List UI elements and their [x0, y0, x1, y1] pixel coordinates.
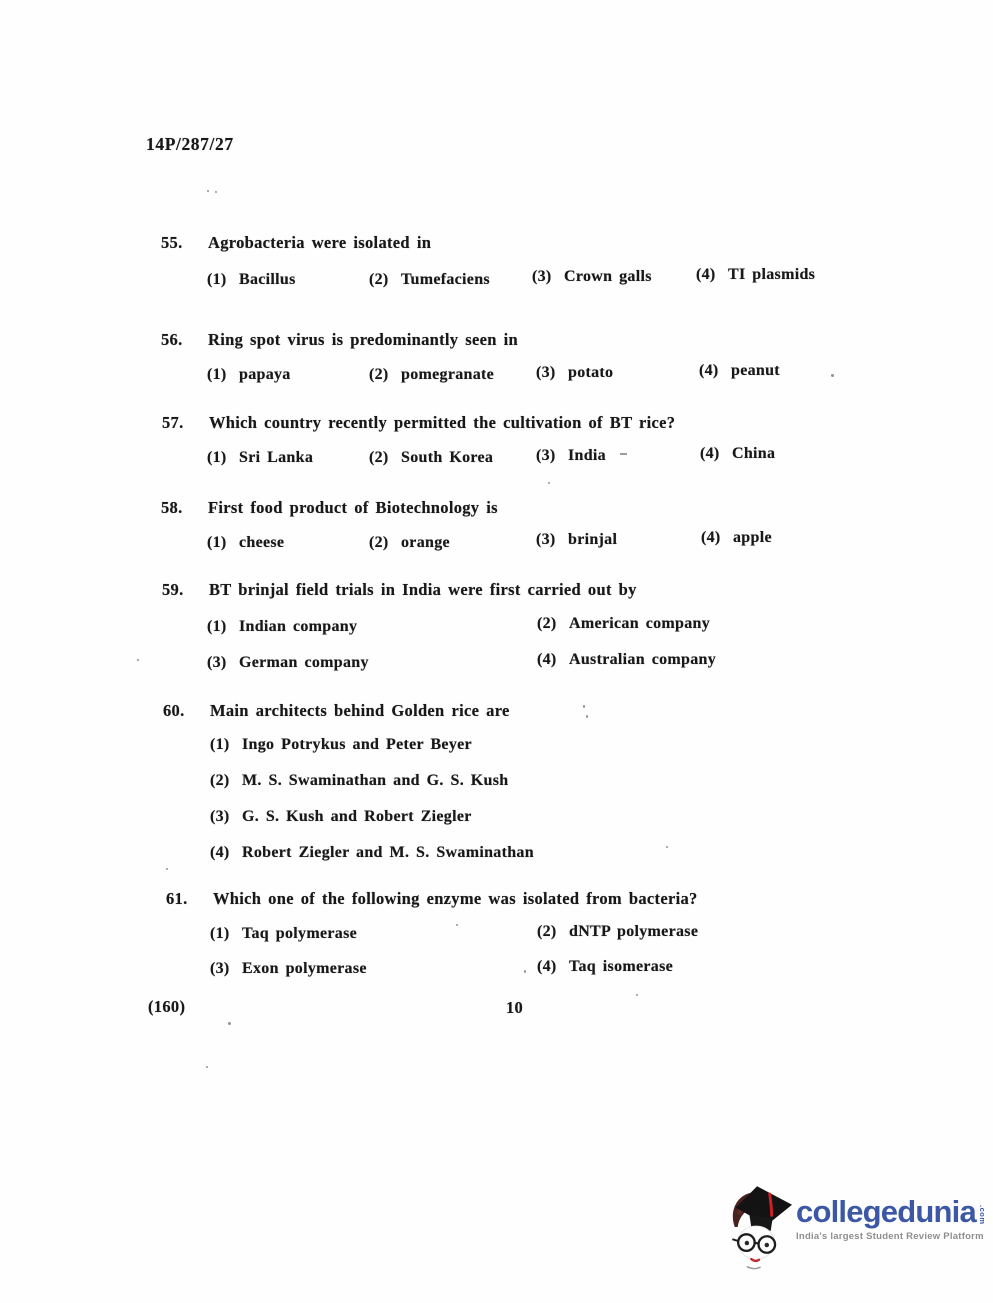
scan-speck [666, 846, 668, 848]
q57-option-4: (4)China [700, 445, 775, 463]
option-label: American company [569, 615, 710, 632]
scan-speck [586, 715, 588, 718]
q56-option-1: (1)papaya [207, 366, 291, 384]
option-number: (3) [536, 531, 568, 549]
q61-option-3: (3)Exon polymerase [210, 960, 367, 978]
q57-option-2: (2)South Korea [369, 449, 493, 467]
q55-option-2: (2)Tumefaciens [369, 271, 490, 289]
option-number: (1) [210, 925, 242, 943]
q61-option-1: (1)Taq polymerase [210, 925, 357, 943]
scan-speck [636, 994, 638, 996]
question-text: Main architects behind Golden rice are [210, 701, 510, 720]
option-label: Australian company [569, 651, 716, 668]
option-label: Robert Ziegler and M. S. Swaminathan [242, 844, 534, 861]
scan-speck [206, 1066, 208, 1068]
q58-option-3: (3)brinjal [536, 531, 617, 549]
collegedunia-brand-suffix: .com [978, 1205, 987, 1225]
question-text: Which one of the following enzyme was is… [213, 889, 698, 908]
option-number: (3) [532, 268, 564, 286]
option-number: (1) [210, 736, 242, 754]
q55-option-3: (3)Crown galls [532, 268, 652, 286]
q56-option-2: (2)pomegranate [369, 366, 494, 384]
option-label: German company [239, 654, 369, 671]
q55-option-1: (1)Bacillus [207, 271, 296, 289]
collegedunia-tagline: India's largest Student Review Platform [796, 1231, 987, 1242]
footer-page-number: 10 [506, 998, 523, 1018]
option-number: (1) [207, 534, 239, 552]
question-number: 59. [162, 580, 209, 600]
q59-option-2: (2)American company [537, 615, 710, 633]
option-number: (2) [210, 772, 242, 790]
scan-speck [548, 482, 550, 484]
question-number: 57. [162, 413, 209, 433]
option-label: apple [733, 529, 772, 546]
scan-speck [620, 453, 627, 455]
question-text: Agrobacteria were isolated in [208, 233, 431, 252]
option-label: Exon polymerase [242, 960, 367, 977]
q60-option-4: (4)Robert Ziegler and M. S. Swaminathan [210, 844, 534, 862]
scan-speck [831, 374, 834, 377]
collegedunia-brand-text: collegedunia [796, 1196, 976, 1227]
option-number: (1) [207, 618, 239, 636]
option-number: (1) [207, 366, 239, 384]
question-text: Which country recently permitted the cul… [209, 413, 675, 432]
option-label: orange [401, 534, 450, 551]
option-label: Tumefaciens [401, 271, 490, 288]
question-text: BT brinjal field trials in India were fi… [209, 580, 637, 599]
q61-option-2: (2)dNTP polymerase [537, 923, 698, 941]
question-58: 58.First food product of Biotechnology i… [161, 498, 498, 518]
q61-option-4: (4)Taq isomerase [537, 958, 673, 976]
option-label: Crown galls [564, 268, 652, 285]
option-label: pomegranate [401, 366, 494, 383]
option-label: Taq polymerase [242, 925, 357, 942]
scan-speck [524, 970, 526, 973]
option-label: G. S. Kush and Robert Ziegler [242, 808, 472, 825]
option-label: India [568, 447, 606, 464]
option-label: dNTP polymerase [569, 923, 698, 940]
option-label: papaya [239, 366, 291, 383]
option-label: Indian company [239, 618, 357, 635]
option-label: Bacillus [239, 271, 296, 288]
q56-option-3: (3)potato [536, 364, 613, 382]
question-57: 57.Which country recently permitted the … [162, 413, 675, 433]
scan-speck [583, 705, 585, 708]
option-label: China [732, 445, 775, 462]
option-number: (4) [696, 266, 728, 284]
option-number: (2) [537, 923, 569, 941]
question-number: 61. [166, 889, 213, 909]
q58-option-2: (2)orange [369, 534, 450, 552]
q59-option-4: (4)Australian company [537, 651, 716, 669]
option-number: (4) [537, 651, 569, 669]
option-label: cheese [239, 534, 284, 551]
option-number: (3) [536, 364, 568, 382]
q57-option-3: (3)India [536, 447, 606, 465]
collegedunia-watermark: collegedunia .com India's largest Studen… [727, 1186, 987, 1270]
option-number: (4) [210, 844, 242, 862]
option-number: (1) [207, 449, 239, 467]
q58-option-1: (1)cheese [207, 534, 284, 552]
q59-option-3: (3)German company [207, 654, 369, 672]
question-55: 55.Agrobacteria were isolated in [161, 233, 431, 253]
option-number: (4) [537, 958, 569, 976]
option-label: South Korea [401, 449, 493, 466]
option-number: (3) [207, 654, 239, 672]
collegedunia-mascot-icon [727, 1186, 793, 1270]
option-number: (2) [369, 534, 401, 552]
q56-option-4: (4)peanut [699, 362, 780, 380]
option-label: potato [568, 364, 613, 381]
question-61: 61.Which one of the following enzyme was… [166, 889, 698, 909]
scan-speck [207, 190, 209, 192]
q55-option-4: (4)TI plasmids [696, 266, 815, 284]
q60-option-1: (1)Ingo Potrykus and Peter Beyer [210, 736, 472, 754]
option-label: Sri Lanka [239, 449, 313, 466]
scan-speck [137, 659, 139, 661]
question-number: 56. [161, 330, 208, 350]
question-59: 59.BT brinjal field trials in India were… [162, 580, 637, 600]
option-number: (3) [536, 447, 568, 465]
option-number: (3) [210, 808, 242, 826]
question-60: 60.Main architects behind Golden rice ar… [163, 701, 510, 721]
question-number: 60. [163, 701, 210, 721]
option-label: TI plasmids [728, 266, 815, 283]
option-number: (4) [700, 445, 732, 463]
option-label: peanut [731, 362, 780, 379]
option-number: (4) [701, 529, 733, 547]
question-number: 58. [161, 498, 208, 518]
scan-speck [456, 924, 458, 926]
option-label: M. S. Swaminathan and G. S. Kush [242, 772, 508, 789]
q59-option-1: (1)Indian company [207, 618, 357, 636]
q58-option-4: (4)apple [701, 529, 772, 547]
option-label: Taq isomerase [569, 958, 673, 975]
option-number: (2) [369, 271, 401, 289]
scan-speck [166, 868, 168, 870]
option-number: (2) [537, 615, 569, 633]
footer-series-code: (160) [148, 997, 185, 1017]
question-text: Ring spot virus is predominantly seen in [208, 330, 518, 349]
option-label: brinjal [568, 531, 617, 548]
q60-option-3: (3)G. S. Kush and Robert Ziegler [210, 808, 472, 826]
question-text: First food product of Biotechnology is [208, 498, 498, 517]
paper-code: 14P/287/27 [146, 134, 234, 155]
q60-option-2: (2)M. S. Swaminathan and G. S. Kush [210, 772, 508, 790]
option-number: (2) [369, 366, 401, 384]
q57-option-1: (1)Sri Lanka [207, 449, 313, 467]
question-number: 55. [161, 233, 208, 253]
option-label: Ingo Potrykus and Peter Beyer [242, 736, 472, 753]
scan-speck [228, 1022, 231, 1025]
option-number: (4) [699, 362, 731, 380]
question-56: 56.Ring spot virus is predominantly seen… [161, 330, 518, 350]
scan-speck [215, 191, 217, 193]
scanned-exam-page: 14P/287/27 55.Agrobacteria were isolated… [0, 0, 993, 1303]
option-number: (1) [207, 271, 239, 289]
option-number: (2) [369, 449, 401, 467]
option-number: (3) [210, 960, 242, 978]
